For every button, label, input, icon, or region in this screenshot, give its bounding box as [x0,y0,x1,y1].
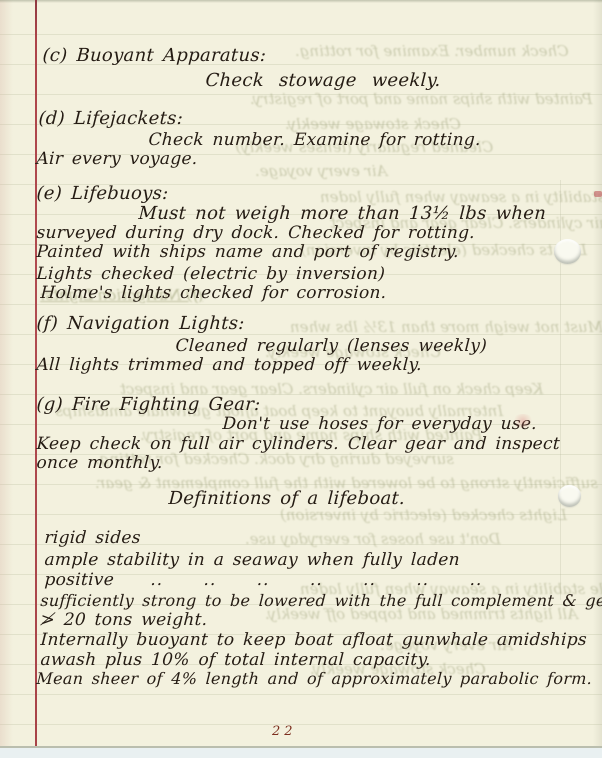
bleed-through-text: Air every voyage. [255,164,387,179]
section-g-line: Keep check on full air cylinders. Clear … [36,436,560,453]
section-g-line: Don't use hoses for everyday use. [222,416,537,433]
section-f-line: Cleaned regularly (lenses weekly) [175,338,488,355]
section-c-line: Check stowage weekly. [205,72,441,90]
scanned-notebook-page: Check number. Examine for rotting. Paint… [0,0,602,758]
definition-item: positive [44,572,115,589]
section-e-heading: (e) Lifebuoys: [36,185,169,203]
bleed-through-text: Painted with ships name and port of regi… [250,92,592,107]
definition-item: Internally buoyant to keep boat afloat g… [40,632,587,649]
definition-item: Mean sheer of 4% length and of approxima… [36,671,593,687]
section-d-line: Check number. Examine for rotting. [148,132,481,149]
definition-item: ample stability in a seaway when fully l… [44,552,460,569]
ink-mark-page-edge [594,191,602,197]
section-e-line: Holme's lights checked for corrosion. [40,285,387,302]
section-f-line: All lights trimmed and topped off weekly… [36,357,422,374]
hole-punch [558,485,581,507]
page-number: 22 [272,724,297,739]
definition-item: ≯ 20 tons weight. [40,612,208,629]
ink-smudge [512,414,534,428]
definition-ditto-marks: .. .. .. .. .. .. .. [150,572,483,589]
definition-item: rigid sides [44,530,141,547]
section-e-line: Must not weigh more than 13½ lbs when [138,205,547,223]
section-e-line: Lights checked (electric by inversion) [36,266,386,283]
section-e-line: surveyed during dry dock. Checked for ro… [36,225,475,242]
hole-punch [554,239,581,264]
bleed-through-text: Must not weigh more than 13½ lbs when [290,320,602,335]
section-g-heading: (g) Fire Fighting Gear: [36,396,261,414]
definition-item: sufficiently strong to be lowered with t… [40,593,602,609]
scanner-bed-strip [0,746,602,758]
bleed-through-text: Lights checked (electric by inversion) [280,508,567,523]
section-e-line: Painted with ships name and port of regi… [36,244,459,261]
section-f-heading: (f) Navigation Lights: [36,315,245,333]
section-d-heading: (d) Lifejackets: [38,110,184,128]
bleed-through-text: Check number. Examine for rotting. [295,44,569,59]
bleed-through-text: Don't use hoses for everyday use. [245,532,501,547]
section-d-line: Air every voyage. [36,151,198,168]
definitions-title: Definitions of a lifeboat. [168,490,406,508]
section-g-line: once monthly. [36,455,163,472]
section-c-heading: (c) Buoyant Apparatus: [42,47,267,65]
definition-item: awash plus 10% of total internal capacit… [40,652,431,669]
